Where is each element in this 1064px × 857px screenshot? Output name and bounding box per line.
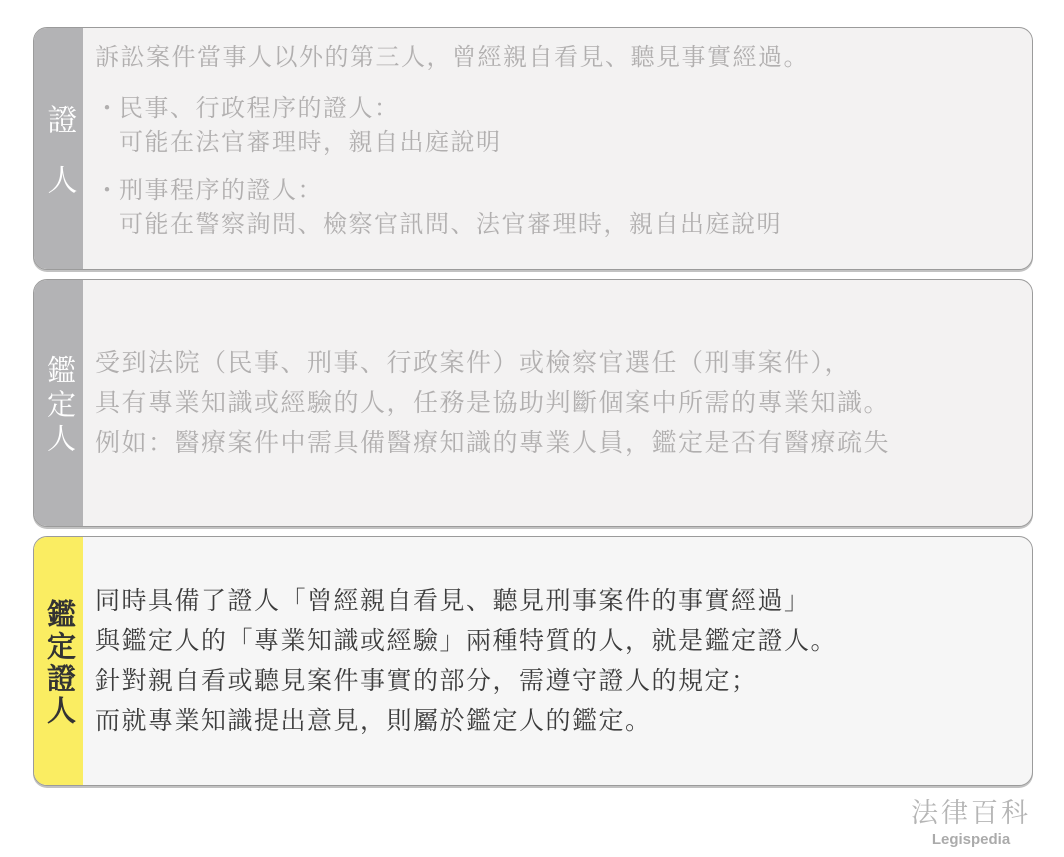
card-witness-body: 訴訟案件當事人以外的第三人，曾經親自看見、聽見事實經過。 ・民事、行政程序的證人…	[83, 28, 1032, 269]
expert-witness-line: 而就專業知識提出意見，則屬於鑑定人的鑑定。	[95, 701, 1032, 741]
witness-bullet-criminal: ・刑事程序的證人： 可能在警察詢問、檢察官訊問、法官審理時，親自出庭說明	[95, 174, 1032, 242]
bullet-dot-icon: ・	[95, 92, 119, 126]
card-expert-witness-body: 同時具備了證人「曾經親自看見、聽見刑事案件的事實經過」 與鑑定人的「專業知識或經…	[83, 537, 1032, 785]
card-expert-label: 鑑定人	[44, 355, 73, 457]
brand-name-english: Legispedia	[911, 831, 1031, 849]
card-witness-label-strip: 證人	[34, 28, 83, 269]
card-expert: 鑑定人 受到法院（民事、刑事、行政案件）或檢察官選任（刑事案件）， 具有專業知識…	[33, 279, 1033, 527]
witness-bullet-civil: ・民事、行政程序的證人： 可能在法官審理時，親自出庭說明	[95, 92, 1032, 160]
brand-name-chinese: 法律百科	[911, 797, 1031, 829]
bullet-title-line: ・刑事程序的證人：	[95, 174, 1032, 208]
bullet-title: 民事、行政程序的證人：	[119, 95, 400, 122]
card-witness: 證人 訴訟案件當事人以外的第三人，曾經親自看見、聽見事實經過。 ・民事、行政程序…	[33, 27, 1033, 270]
bullet-dot-icon: ・	[95, 174, 119, 208]
expert-witness-line: 與鑑定人的「專業知識或經驗」兩種特質的人，就是鑑定證人。	[95, 621, 1032, 661]
card-expert-witness-label: 鑑定證人	[44, 599, 73, 727]
card-expert-body: 受到法院（民事、刑事、行政案件）或檢察官選任（刑事案件）， 具有專業知識或經驗的…	[83, 280, 1032, 526]
card-expert-label-strip: 鑑定人	[34, 280, 83, 526]
bullet-title: 刑事程序的證人：	[119, 177, 323, 204]
witness-intro: 訴訟案件當事人以外的第三人，曾經親自看見、聽見事實經過。	[95, 41, 1032, 75]
expert-witness-line: 針對親自看或聽見案件事實的部分，需遵守證人的規定；	[95, 661, 1032, 701]
card-expert-witness-label-strip: 鑑定證人	[34, 537, 83, 785]
bullet-detail: 可能在法官審理時，親自出庭說明	[95, 126, 1032, 160]
card-witness-label: 證人	[44, 104, 74, 224]
infographic-canvas: 證人 訴訟案件當事人以外的第三人，曾經親自看見、聽見事實經過。 ・民事、行政程序…	[0, 0, 1064, 857]
expert-witness-line: 同時具備了證人「曾經親自看見、聽見刑事案件的事實經過」	[95, 581, 1032, 621]
expert-line: 例如：醫療案件中需具備醫療知識的專業人員，鑑定是否有醫療疏失	[95, 423, 1032, 463]
brand-logo: 法律百科 Legispedia	[911, 797, 1031, 849]
expert-line: 具有專業知識或經驗的人，任務是協助判斷個案中所需的專業知識。	[95, 383, 1032, 423]
card-expert-witness: 鑑定證人 同時具備了證人「曾經親自看見、聽見刑事案件的事實經過」 與鑑定人的「專…	[33, 536, 1033, 786]
expert-line: 受到法院（民事、刑事、行政案件）或檢察官選任（刑事案件），	[95, 343, 1032, 383]
bullet-detail: 可能在警察詢問、檢察官訊問、法官審理時，親自出庭說明	[95, 208, 1032, 242]
bullet-title-line: ・民事、行政程序的證人：	[95, 92, 1032, 126]
